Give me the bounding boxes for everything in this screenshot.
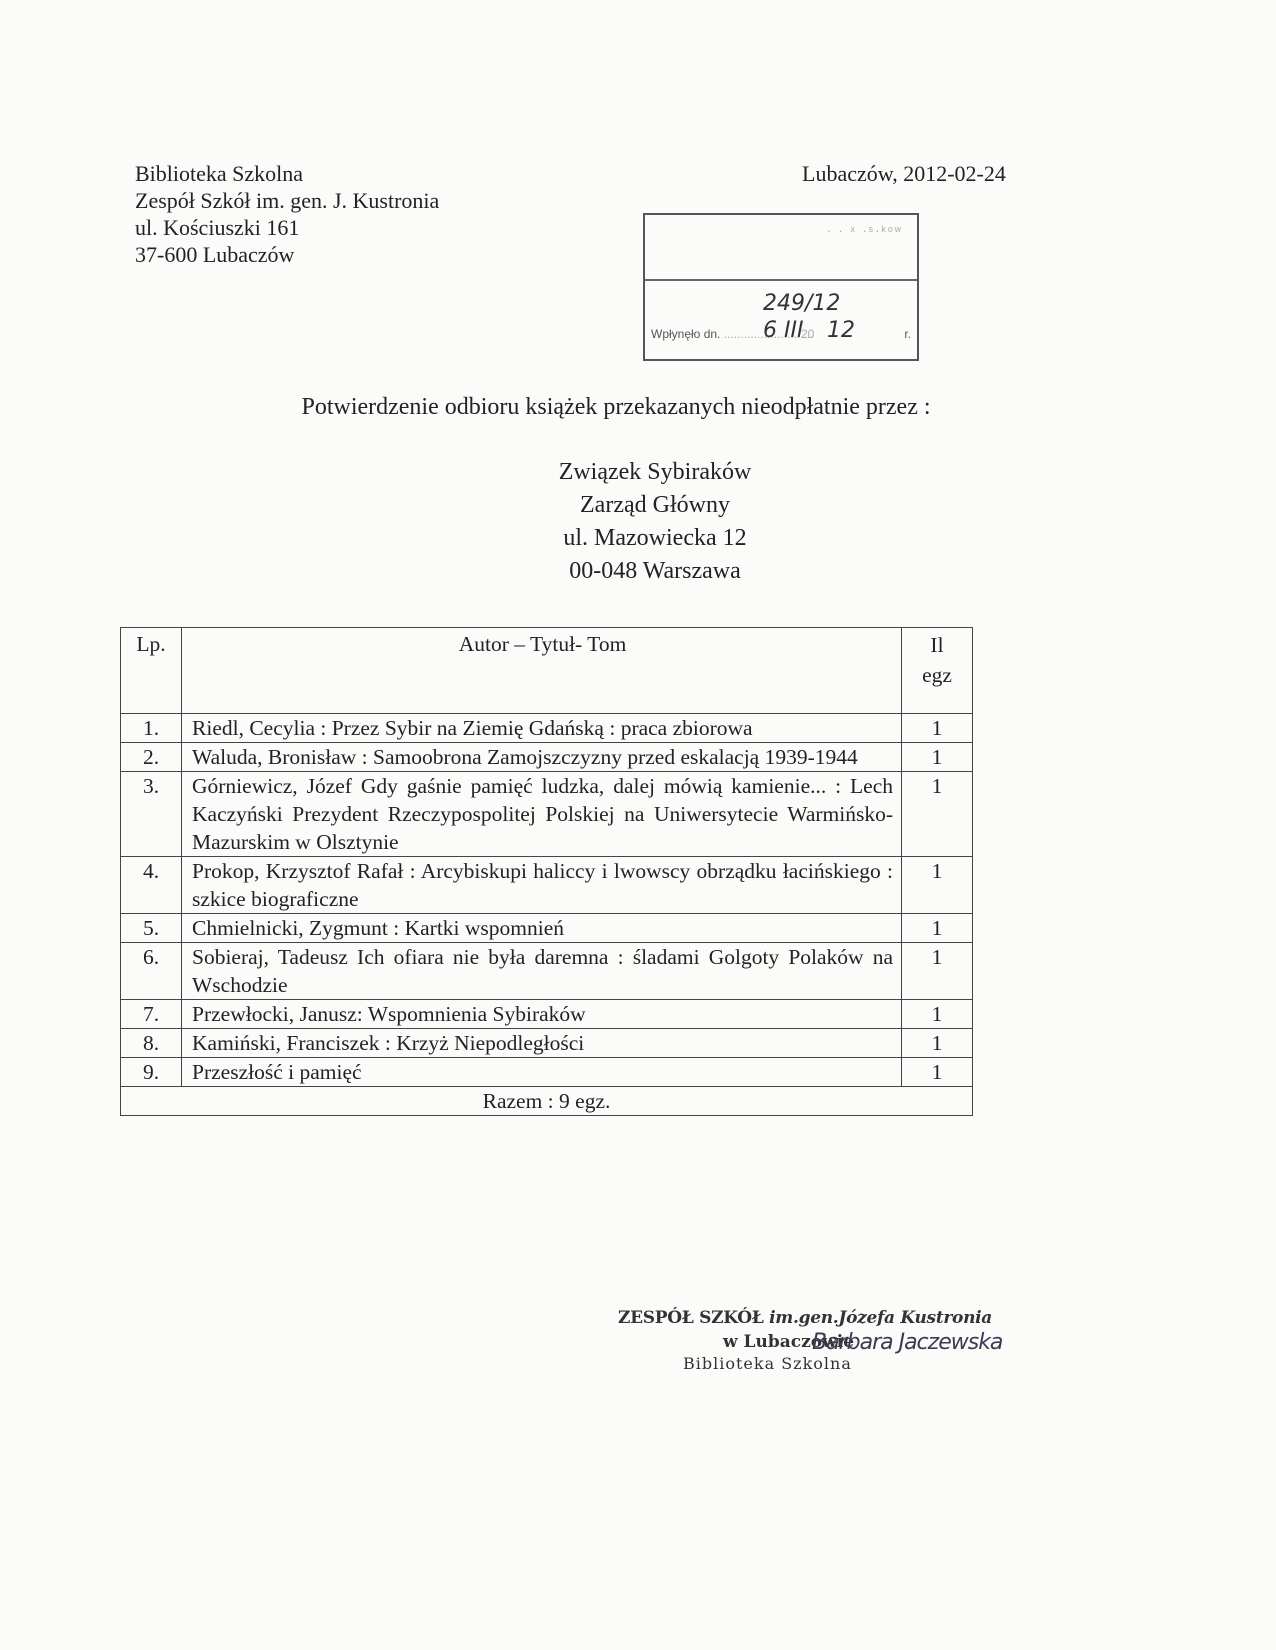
book-title: Prokop, Krzysztof Rafał : Arcybiskupi ha… bbox=[182, 857, 902, 914]
row-number: 2. bbox=[121, 743, 182, 772]
copy-count: 1 bbox=[902, 714, 973, 743]
recipient-address-block: Związek Sybiraków Zarząd Główny ul. Mazo… bbox=[0, 456, 1276, 588]
sender-line: ul. Kościuszki 161 bbox=[135, 214, 439, 241]
recipient-line: Zarząd Główny bbox=[0, 489, 1276, 522]
recipient-line: Związek Sybiraków bbox=[0, 456, 1276, 489]
copy-count: 1 bbox=[902, 1058, 973, 1087]
faded-stamp-text: · · ˣ ·ˢ·ᵏᵒʷ bbox=[827, 223, 903, 238]
book-title: Przewłocki, Janusz: Wspomnienia Sybirakó… bbox=[182, 1000, 902, 1029]
book-title: Sobieraj, Tadeusz Ich ofiara nie była da… bbox=[182, 943, 902, 1000]
row-number: 7. bbox=[121, 1000, 182, 1029]
stamp-divider bbox=[645, 279, 917, 281]
document-title: Potwierdzenie odbioru książek przekazany… bbox=[0, 392, 1276, 422]
seal-line-3: Biblioteka Szkolna bbox=[683, 1354, 852, 1373]
table-row: 9.Przeszłość i pamięć1 bbox=[121, 1058, 973, 1087]
sender-address-block: Biblioteka Szkolna Zespół Szkół im. gen.… bbox=[135, 160, 439, 268]
row-number: 4. bbox=[121, 857, 182, 914]
seal-line-1: ZESPÓŁ SZKÓŁ im.gen.Józefa Kustronia bbox=[618, 1308, 992, 1328]
book-title: Kamiński, Franciszek : Krzyż Niepodległo… bbox=[182, 1029, 902, 1058]
handwritten-signature: Barbara Jaczewska bbox=[812, 1330, 1002, 1355]
header-qty: Il egz bbox=[902, 628, 973, 714]
header-lp: Lp. bbox=[121, 628, 182, 714]
table-row: 5.Chmielnicki, Zygmunt : Kartki wspomnie… bbox=[121, 914, 973, 943]
table-header-row: Lp. Autor – Tytuł- Tom Il egz bbox=[121, 628, 973, 714]
book-title: Riedl, Cecylia : Przez Sybir na Ziemię G… bbox=[182, 714, 902, 743]
received-day-month: 6 III bbox=[763, 318, 803, 343]
registry-number: 249/12 bbox=[763, 291, 840, 316]
copy-count: 1 bbox=[902, 1000, 973, 1029]
table-row: 1.Riedl, Cecylia : Przez Sybir na Ziemię… bbox=[121, 714, 973, 743]
header-title: Autor – Tytuł- Tom bbox=[182, 628, 902, 714]
sender-line: Zespół Szkół im. gen. J. Kustronia bbox=[135, 187, 439, 214]
table-row: 2.Waluda, Bronisław : Samoobrona Zamojsz… bbox=[121, 743, 973, 772]
recipient-line: 00-048 Warszawa bbox=[0, 555, 1276, 588]
copy-count: 1 bbox=[902, 914, 973, 943]
table-row: 4.Prokop, Krzysztof Rafał : Arcybiskupi … bbox=[121, 857, 973, 914]
sender-line: 37-600 Lubaczów bbox=[135, 241, 439, 268]
book-title: Przeszłość i pamięć bbox=[182, 1058, 902, 1087]
book-title: Chmielnicki, Zygmunt : Kartki wspomnień bbox=[182, 914, 902, 943]
row-number: 6. bbox=[121, 943, 182, 1000]
recipient-line: ul. Mazowiecka 12 bbox=[0, 522, 1276, 555]
table-total-row: Razem : 9 egz. bbox=[121, 1087, 973, 1116]
row-number: 8. bbox=[121, 1029, 182, 1058]
year-suffix: r. bbox=[904, 327, 911, 341]
books-table: Lp. Autor – Tytuł- Tom Il egz 1.Riedl, C… bbox=[120, 627, 973, 1116]
row-number: 9. bbox=[121, 1058, 182, 1087]
row-number: 1. bbox=[121, 714, 182, 743]
sender-line: Biblioteka Szkolna bbox=[135, 160, 439, 187]
received-year: 12 bbox=[827, 318, 855, 343]
table-row: 8.Kamiński, Franciszek : Krzyż Niepodleg… bbox=[121, 1029, 973, 1058]
table-row: 6.Sobieraj, Tadeusz Ich ofiara nie była … bbox=[121, 943, 973, 1000]
book-title: Górniewicz, Józef Gdy gaśnie pamięć ludz… bbox=[182, 772, 902, 857]
copy-count: 1 bbox=[902, 772, 973, 857]
row-number: 3. bbox=[121, 772, 182, 857]
school-seal: ZESPÓŁ SZKÓŁ im.gen.Józefa Kustronia w L… bbox=[618, 1308, 992, 1328]
table-row: 3.Górniewicz, Józef Gdy gaśnie pamięć lu… bbox=[121, 772, 973, 857]
copy-count: 1 bbox=[902, 1029, 973, 1058]
book-title: Waluda, Bronisław : Samoobrona Zamojszcz… bbox=[182, 743, 902, 772]
place-and-date: Lubaczów, 2012-02-24 bbox=[802, 160, 1006, 187]
total-copies: Razem : 9 egz. bbox=[121, 1087, 973, 1116]
copy-count: 1 bbox=[902, 857, 973, 914]
table-row: 7.Przewłocki, Janusz: Wspomnienia Sybira… bbox=[121, 1000, 973, 1029]
row-number: 5. bbox=[121, 914, 182, 943]
copy-count: 1 bbox=[902, 743, 973, 772]
copy-count: 1 bbox=[902, 943, 973, 1000]
receipt-stamp: · · ˣ ·ˢ·ᵏᵒʷ 249/12 Wpłynęło dn. .......… bbox=[643, 213, 919, 361]
